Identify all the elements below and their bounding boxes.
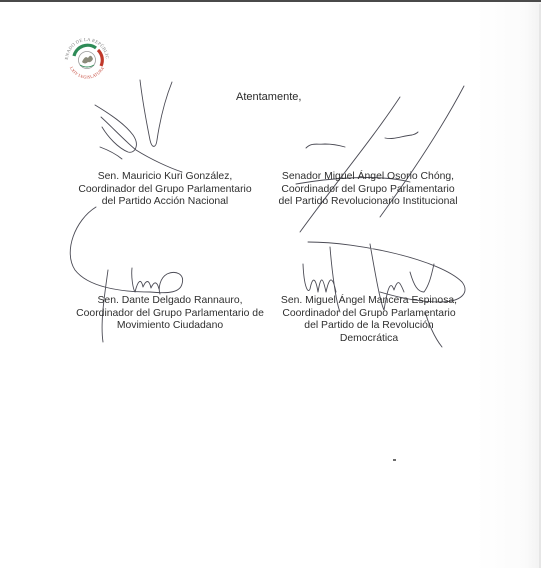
- signature-osorio: [296, 86, 464, 232]
- signatory-title: Coordinador del Grupo Parlamentario: [264, 308, 474, 321]
- senate-seal-icon: SENADO DE LA REPÚBLICA LXIV LEGISLATURA: [60, 34, 114, 84]
- signatory-party: Movimiento Ciudadano: [52, 320, 288, 333]
- signatory-party: del Partido Revolucionario Institucional: [262, 196, 474, 209]
- signatory-title: Coordinador del Grupo Parlamentario: [262, 184, 474, 197]
- signatory-block-mancera: Sen. Miguel Ángel Mancera Espinosa, Coor…: [264, 295, 474, 345]
- signatures-layer: [0, 2, 541, 568]
- signatory-name: Sen. Mauricio Kuri González,: [60, 171, 270, 184]
- signatory-title: Coordinador del Grupo Parlamentario: [60, 184, 270, 197]
- closing-salutation: Atentamente,: [236, 91, 301, 104]
- svg-text:LXIV LEGISLATURA: LXIV LEGISLATURA: [69, 66, 105, 80]
- signatory-title: Coordinador del Grupo Parlamentario de: [52, 308, 288, 321]
- document-page: SENADO DE LA REPÚBLICA LXIV LEGISLATURA …: [0, 0, 541, 568]
- signatory-block-osorio: Senador Miguel Ángel Osorio Chóng, Coord…: [262, 171, 474, 209]
- signatory-name: Sen. Miguel Ángel Mancera Espinosa,: [264, 295, 474, 308]
- signatory-name: Senador Miguel Ángel Osorio Chóng,: [262, 171, 474, 184]
- signatory-party: del Partido de la Revolución: [264, 320, 474, 333]
- signatory-party-cont: Democrática: [264, 333, 474, 346]
- scan-speck: [393, 459, 396, 461]
- signatory-block-delgado: Sen. Dante Delgado Rannauro, Coordinador…: [52, 295, 288, 333]
- signatory-name: Sen. Dante Delgado Rannauro,: [52, 295, 288, 308]
- signature-kuri: [95, 80, 182, 172]
- signatory-block-kuri: Sen. Mauricio Kuri González, Coordinador…: [60, 171, 270, 209]
- signatory-party: del Partido Acción Nacional: [60, 196, 270, 209]
